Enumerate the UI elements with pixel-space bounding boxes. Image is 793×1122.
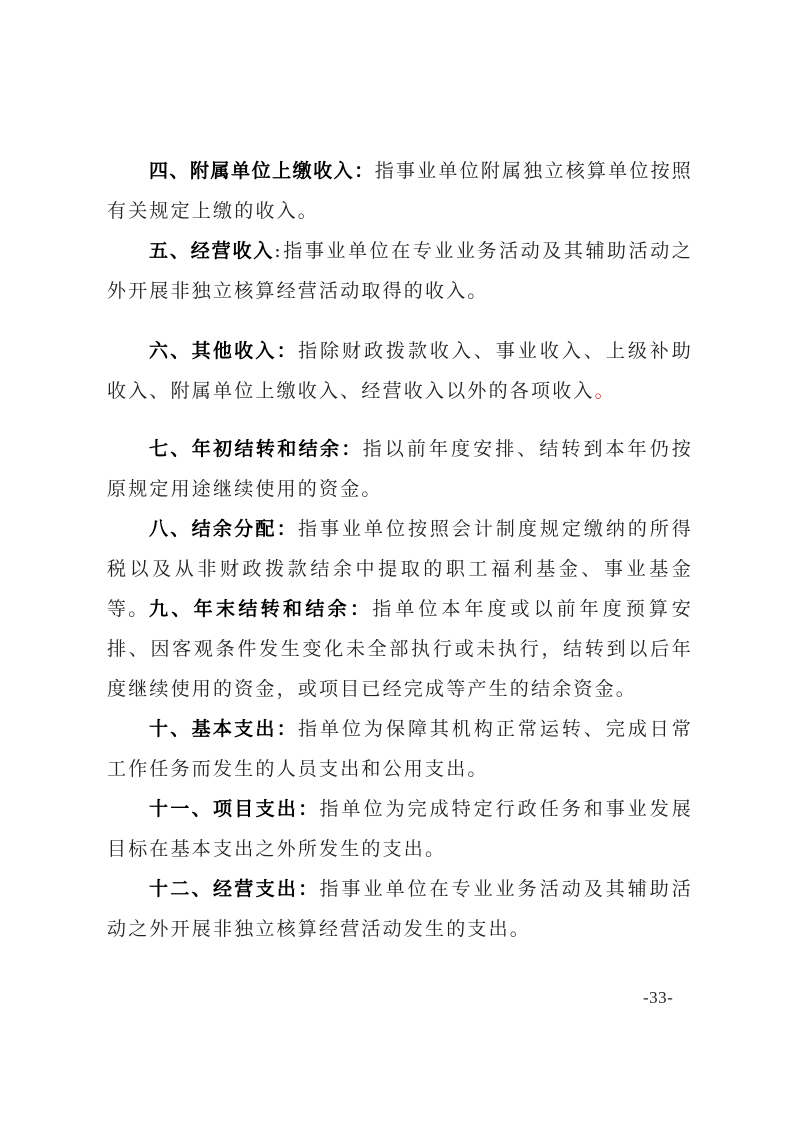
definition-paragraph-5: 五、经营收入:指事业单位在专业业务活动及其辅助活动之外开展非独立核算经营活动取得… <box>107 231 693 311</box>
definition-paragraph-9: 九、年末结转和结余：指单位本年度或以前年度预算安排、因客观条件发生变化未全部执行… <box>107 589 693 709</box>
definition-paragraph-7: 七、年初结转和结余：指以前年度安排、结转到本年仍按原规定用途继续使用的资金。 <box>107 429 693 509</box>
definition-term: 七、年初结转和结余： <box>149 438 363 460</box>
definition-term: 八、结余分配： <box>149 518 298 540</box>
definition-term: 十二、经营支出： <box>149 878 320 900</box>
definition-paragraph-12: 十二、经营支出：指事业单位在专业业务活动及其辅助活动之外开展非独立核算经营活动发… <box>107 869 693 949</box>
definition-term: 十一、项目支出： <box>149 798 320 820</box>
definition-paragraph-6: 六、其他收入：指除财政拨款收入、事业收入、上级补助收入、附属单位上缴收入、经营收… <box>107 331 693 411</box>
definition-paragraph-11: 十一、项目支出：指单位为完成特定行政任务和事业发展目标在基本支出之外所发生的支出… <box>107 789 693 869</box>
definition-term: 五、经营收入 <box>149 240 274 262</box>
definition-colon: : <box>274 240 283 262</box>
definition-paragraph-10: 十、基本支出：指单位为保障其机构正常运转、完成日常工作任务而发生的人员支出和公用… <box>107 709 693 789</box>
definition-term: 六、其他收入： <box>149 340 298 362</box>
definition-term: 四、附属单位上缴收入： <box>149 160 375 182</box>
definition-term: 九、年末结转和结余： <box>149 598 372 620</box>
definition-paragraph-4: 四、附属单位上缴收入：指事业单位附属独立核算单位按照有关规定上缴的收入。 <box>107 151 693 231</box>
page-number: -33- <box>643 988 673 1008</box>
definition-term: 十、基本支出： <box>149 718 298 740</box>
red-period-mark: 。 <box>595 380 616 402</box>
document-page: 四、附属单位上缴收入：指事业单位附属独立核算单位按照有关规定上缴的收入。 五、经… <box>0 0 793 1122</box>
